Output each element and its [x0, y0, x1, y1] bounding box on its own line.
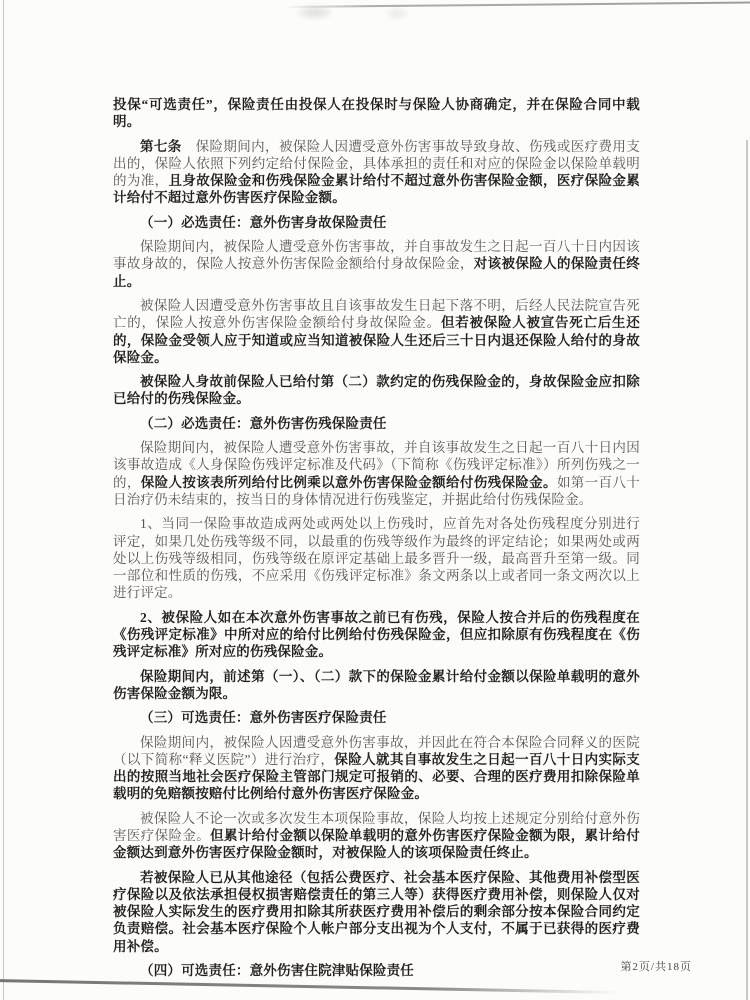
heading-clause-2: （二）必选责任：意外伤害伤残保险责任 [113, 415, 640, 432]
text-segment: 1、当同一保险事故造成两处或两处以上伤残时，应首先对各处伤残程度分别进行评定，如… [113, 516, 640, 600]
heading-clause-1: （一）必选责任：意外伤害身故保险责任 [113, 214, 640, 231]
bold-text-segment: 投保“可选责任”，保险责任由投保人在投保时与保险人协商确定，并在保险合同中载明。 [113, 97, 640, 129]
page-number: 第2页/共18页 [620, 958, 692, 974]
paragraph-declared-death: 被保险人因遭受意外伤害事故且自该事故发生日起下落不明，后经人民法院宣告死亡的，保… [113, 297, 640, 366]
paragraph-cumulative-limit: 保险期间内，前述第（一）、（二）款下的保险金累计给付金额以保险单载明的意外伤害保… [113, 668, 640, 703]
heading-clause-3: （三）可选责任：意外伤害医疗保险责任 [113, 709, 640, 726]
paragraph-article-7: 第七条 保险期间内，被保险人因遭受意外伤害事故导致身故、伤残或医疗费用支出的，保… [113, 138, 640, 207]
bold-text-segment: 若被保险人已从其他途径（包括公费医疗、社会基本医疗保险、其他费用补偿型医疗保险以… [113, 870, 640, 954]
document-content: 投保“可选责任”，保险责任由投保人在投保时与保险人协商确定，并在保险合同中载明。… [113, 96, 640, 986]
document-page: 投保“可选责任”，保险责任由投保人在投保时与保险人协商确定，并在保险合同中载明。… [0, 0, 750, 1000]
heading-clause-4: （四）可选责任：意外伤害住院津贴保险责任 [113, 962, 640, 979]
paragraph-item-1: 1、当同一保险事故造成两处或两处以上伤残时，应首先对各处伤残程度分别进行评定，如… [113, 515, 640, 601]
bold-text-segment: （四）可选责任：意外伤害住院津贴保险责任 [140, 963, 414, 978]
scan-edge-top [283, 1, 750, 8]
bold-text-segment: 被保险人身故前保险人已给付第（二）款约定的伤残保险金的，身故保险金应扣除已给付的… [113, 374, 640, 406]
bold-text-segment: 保险人按该表所列给付比例乘以意外伤害保险金额给付伤残保险金。 [141, 475, 557, 490]
paragraph-medical-benefit: 保险期间内，被保险人因遭受意外伤害事故，并因此在符合本保险合同释义的医院（以下简… [113, 734, 640, 803]
bold-text-segment: 2、被保险人如在本次意外伤害事故之前已有伤残，保险人按合并后的伤残程度在《伤残评… [113, 610, 640, 660]
paragraph-disability-benefit: 保险期间内，被保险人遭受意外伤害事故，并自该事故发生之日起一百八十日内因该事故造… [113, 439, 640, 508]
paragraph-medical-limit: 被保险人不论一次或多次发生本项保险事故，保险人均按上述规定分别给付意外伤害医疗保… [113, 810, 640, 862]
bold-text-segment: 第七条 [140, 139, 182, 154]
bold-text-segment: 保险期间内，前述第（一）、（二）款下的保险金累计给付金额以保险单载明的意外伤害保… [113, 669, 640, 701]
scan-edge-left [3, 0, 4, 1000]
scan-edge-right [746, 140, 748, 1000]
paragraph-deduct-disability: 被保险人身故前保险人已给付第（二）款约定的伤残保险金的，身故保险金应扣除已给付的… [113, 373, 640, 408]
bold-text-segment: 且身故保险金和伤残保险金累计给付不超过意外伤害保险金额，医疗保险金累计给付不超过… [113, 173, 640, 205]
pencil-smudge [386, 8, 408, 19]
paragraph-death-benefit: 保险期间内，被保险人遭受意外伤害事故，并自事故发生之日起一百八十日内因该事故身故… [113, 238, 640, 290]
pencil-smudge [298, 6, 332, 19]
bold-text-segment: （二）必选责任：意外伤害伤残保险责任 [140, 416, 387, 431]
paragraph-item-2: 2、被保险人如在本次意外伤害事故之前已有伤残，保险人按合并后的伤残程度在《伤残评… [113, 609, 640, 661]
bold-text-segment: （三）可选责任：意外伤害医疗保险责任 [140, 710, 387, 725]
bold-text-segment: （一）必选责任：意外伤害身故保险责任 [140, 215, 387, 230]
paragraph-continued: 投保“可选责任”，保险责任由投保人在投保时与保险人协商确定，并在保险合同中载明。 [113, 96, 640, 131]
paragraph-other-compensation: 若被保险人已从其他途径（包括公费医疗、社会基本医疗保险、其他费用补偿型医疗保险以… [113, 869, 640, 955]
